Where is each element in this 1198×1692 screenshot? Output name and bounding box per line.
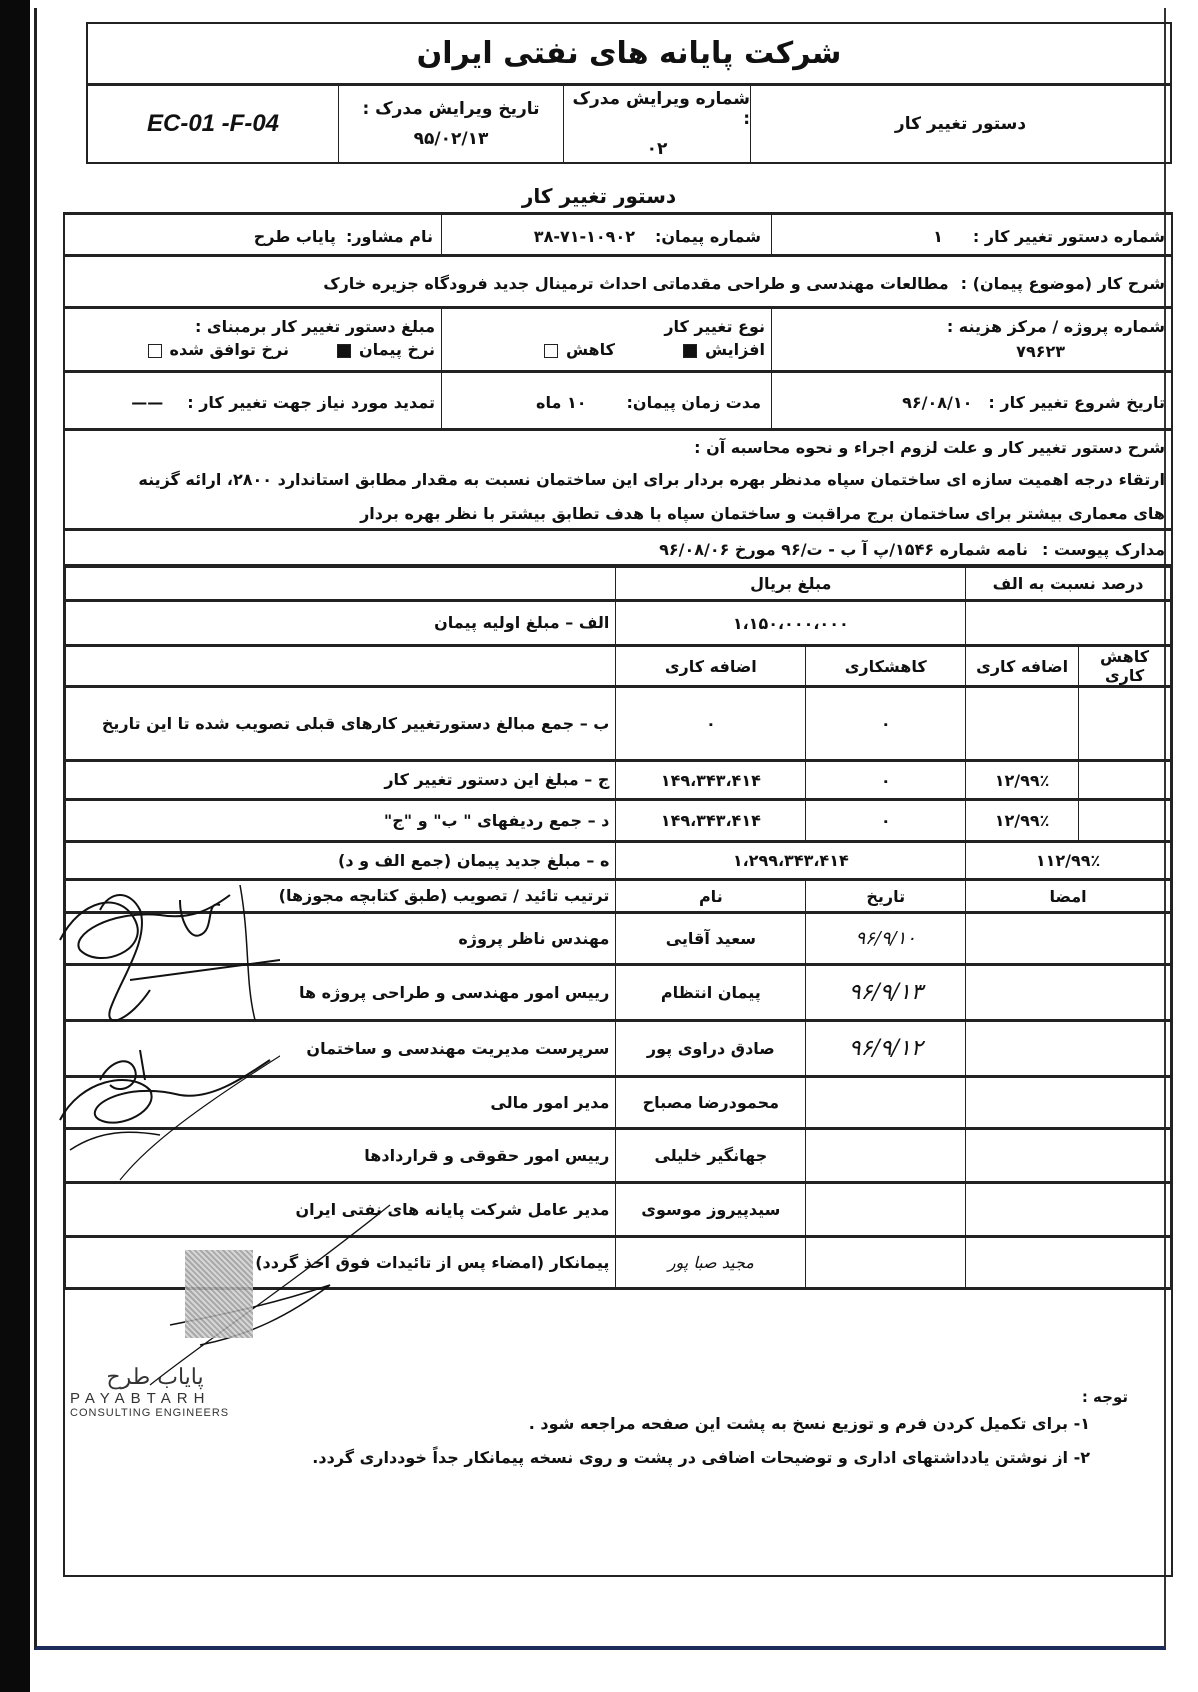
- blank-header: [66, 568, 616, 601]
- prev-orders-label: ب – جمع مبالغ دستورتغییر کارهای قبلی تصو…: [66, 687, 616, 761]
- header-meta-row: دستور تغییر کار شماره ویرایش مدرک : ۰۲ ت…: [88, 86, 1170, 162]
- notes-title: توجه :: [1082, 1388, 1128, 1406]
- revision-date: ۹۵/۰۲/۱۳: [414, 129, 489, 149]
- approval-row: جهانگیر خلیلی رییس امور حقوقی و قرارداده…: [66, 1129, 1171, 1183]
- contract-no-cell: شماره پیمان: ۳۸-۷۱-۱۰۹۰۲: [441, 215, 771, 257]
- note-item-2: ۲- از نوشتن یادداشتهای اداری و توضیحات ا…: [312, 1448, 1090, 1467]
- consultant-label: نام مشاور:: [346, 227, 433, 246]
- attachments-value: نامه شماره ۱۵۴۶/پ آ ب - ت/۹۶ مورخ ۹۶/۰۸/…: [659, 540, 1028, 559]
- scan-edge: [0, 0, 30, 1692]
- extension: ——: [131, 393, 163, 412]
- row-identifiers: شماره دستور تغییر کار : ۱ شماره پیمان: ۳…: [65, 215, 1171, 257]
- signature-cell[interactable]: [966, 965, 1171, 1021]
- initial-amount-label: الف – مبلغ اولیه پیمان: [66, 601, 616, 646]
- checkbox-empty-icon[interactable]: [544, 344, 558, 358]
- attachments-label: مدارک پیوست :: [1042, 540, 1165, 559]
- blank-subheader: [66, 646, 616, 687]
- basis-agreed-rate[interactable]: نرخ توافق شده: [140, 340, 289, 359]
- doc-name-cell: دستور تغییر کار: [750, 86, 1170, 162]
- change-type-options: افزایش کاهش: [442, 340, 765, 359]
- checkbox-checked-icon[interactable]: [683, 344, 697, 358]
- signature-cell[interactable]: [966, 1077, 1171, 1129]
- approval-role: رییس امور حقوقی و قراردادها: [66, 1129, 616, 1183]
- approval-date: [806, 1237, 966, 1289]
- row-new-contract-amount: ۱۱۲/۹۹٪ ۱،۲۹۹،۳۴۳،۴۱۴ ه – مبلغ جدید پیما…: [66, 842, 1171, 880]
- approval-role: رییس امور مهندسی و طراحی پروژه ها: [66, 965, 616, 1021]
- stamp-name-en: PAYABTARH: [70, 1390, 240, 1407]
- doc-name: دستور تغییر کار: [895, 114, 1026, 134]
- row-initial-amount: ۱،۱۵۰،۰۰۰،۰۰۰ الف – مبلغ اولیه پیمان: [66, 601, 1171, 646]
- pct-increase-header: اضافه کاری: [966, 646, 1079, 687]
- prev-pct-increase: [966, 687, 1079, 761]
- increase-header: اضافه کاری: [616, 646, 806, 687]
- approval-role: سرپرست مدیریت مهندسی و ساختمان: [66, 1021, 616, 1077]
- approval-name: سیدپیروز موسوی: [616, 1183, 806, 1237]
- new-percent: ۱۱۲/۹۹٪: [966, 842, 1171, 880]
- consultant-cell: نام مشاور: پایاب طرح: [65, 215, 441, 257]
- checkbox-checked-icon[interactable]: [337, 344, 351, 358]
- description-line-1: ارتقاء درجه اهمیت سازه ای ساختمان سپاه م…: [65, 463, 1171, 497]
- initial-percent: [966, 601, 1171, 646]
- revision-date-label: تاریخ ویرایش مدرک :: [362, 99, 539, 119]
- row-dates: تاریخ شروع تغییر کار : ۹۶/۰۸/۱۰ مدت زمان…: [65, 373, 1171, 431]
- change-type-increase[interactable]: افزایش: [675, 340, 765, 359]
- row-this-order: ۱۲/۹۹٪ ۰ ۱۴۹،۳۴۳،۴۱۴ ج – مبلغ این دستور …: [66, 761, 1171, 800]
- extension-label: تمدید مورد نیاز جهت تغییر کار :: [187, 393, 435, 412]
- consultant-stamp: پایاب طرح PAYABTARH CONSULTING ENGINEERS: [70, 1365, 240, 1419]
- doc-code: EC-01 -F-04: [147, 110, 279, 138]
- work-desc-cell: شرح کار (موضوع پیمان) : مطالعات مهندسی و…: [65, 257, 1165, 309]
- company-name: شرکت پایانه های نفتی ایران: [88, 24, 1170, 86]
- change-order-no: ۱: [933, 227, 943, 246]
- amount-header: مبلغ بریال: [616, 568, 966, 601]
- work-desc: مطالعات مهندسی و طراحی مقدماتی احداث ترم…: [323, 274, 948, 293]
- new-amount: ۱،۲۹۹،۳۴۳،۴۱۴: [616, 842, 966, 880]
- stamp-subtitle: CONSULTING ENGINEERS: [70, 1407, 240, 1419]
- approval-name: محمودرضا مصباح: [616, 1077, 806, 1129]
- sum-decrease: ۰: [806, 800, 966, 842]
- contract-no-label: شماره پیمان:: [655, 227, 761, 246]
- financial-header-row: درصد نسبت به الف مبلغ بریال: [66, 568, 1171, 601]
- change-type-decrease[interactable]: کاهش: [536, 340, 615, 359]
- financial-table: درصد نسبت به الف مبلغ بریال ۱،۱۵۰،۰۰۰،۰۰…: [65, 567, 1171, 1290]
- prev-decrease: ۰: [806, 687, 966, 761]
- approval-date: ۹۶/۹/۱۳: [806, 965, 966, 1021]
- approval-date: [806, 1183, 966, 1237]
- revision-date-cell: تاریخ ویرایش مدرک : ۹۵/۰۲/۱۳: [338, 86, 563, 162]
- row-description: شرح دستور تغییر کار و علت لزوم اجراء و ن…: [65, 431, 1171, 531]
- duration-label: مدت زمان پیمان:: [627, 393, 761, 412]
- row-sum-b-c: ۱۲/۹۹٪ ۰ ۱۴۹،۳۴۳،۴۱۴ د – جمع ردیفهای " ب…: [66, 800, 1171, 842]
- sum-increase: ۱۴۹،۳۴۳،۴۱۴: [616, 800, 806, 842]
- doc-code-cell: EC-01 -F-04: [88, 86, 338, 162]
- row-previous-orders: ۰ ۰ ب – جمع مبالغ دستورتغییر کارهای قبلی…: [66, 687, 1171, 761]
- approval-date: ۹۶/۹/۱۰: [806, 913, 966, 965]
- this-order-label: ج – مبلغ این دستور تغییر کار: [66, 761, 616, 800]
- approval-role: مهندس ناظر پروژه: [66, 913, 616, 965]
- decrease-header: کاهشکاری: [806, 646, 966, 687]
- signature-cell[interactable]: [966, 1237, 1171, 1289]
- change-order-no-label: شماره دستور تغییر کار :: [973, 227, 1165, 246]
- revision-number-label: شماره ویرایش مدرک :: [564, 89, 750, 129]
- row-work-description: شرح کار (موضوع پیمان) : مطالعات مهندسی و…: [65, 257, 1171, 309]
- contract-no: ۳۸-۷۱-۱۰۹۰۲: [534, 227, 635, 246]
- signature-cell[interactable]: [966, 1021, 1171, 1077]
- basis-contract-rate[interactable]: نرخ پیمان: [329, 340, 435, 359]
- role-header: ترتیب تائید / تصویب (طبق کتابچه مجوزها): [66, 880, 616, 913]
- attachments-cell: مدارک پیوست : نامه شماره ۱۵۴۶/پ آ ب - ت/…: [65, 531, 1165, 567]
- row-project-type: شماره پروژه / مرکز هزینه : ۷۹۶۲۳ نوع تغی…: [65, 309, 1171, 373]
- start-date-cell: تاریخ شروع تغییر کار : ۹۶/۰۸/۱۰: [771, 373, 1171, 431]
- signature-cell[interactable]: [966, 913, 1171, 965]
- change-order-no-cell: شماره دستور تغییر کار : ۱: [771, 215, 1171, 257]
- approval-name: پیمان انتظام: [616, 965, 806, 1021]
- approval-name: مجید صبا پور: [616, 1237, 806, 1289]
- approval-role: مدیر امور مالی: [66, 1077, 616, 1129]
- amount-basis-cell: مبلغ دستور تغییر کار برمبنای : نرخ پیمان…: [65, 309, 441, 373]
- prev-pct-decrease: [1079, 687, 1171, 761]
- consultant-name: پایاب طرح: [254, 227, 336, 246]
- amount-basis-label: مبلغ دستور تغییر کار برمبنای :: [65, 317, 435, 336]
- financial-subheader-row: کاهش کاری اضافه کاری کاهشکاری اضافه کاری: [66, 646, 1171, 687]
- description-line-2: های معماری بیشتر برای ساختمان برج مراقبت…: [65, 497, 1171, 531]
- approval-name: سعید آقایی: [616, 913, 806, 965]
- sum-pct-increase: ۱۲/۹۹٪: [966, 800, 1079, 842]
- checkbox-empty-icon[interactable]: [148, 344, 162, 358]
- revision-number: ۰۲: [647, 139, 668, 159]
- new-amount-label: ه – مبلغ جدید پیمان (جمع الف و د): [66, 842, 616, 880]
- this-pct-decrease: [1079, 761, 1171, 800]
- extension-cell: تمدید مورد نیاز جهت تغییر کار : ——: [65, 373, 441, 431]
- approval-date: [806, 1077, 966, 1129]
- start-date: ۹۶/۰۸/۱۰: [902, 393, 972, 412]
- note-item-1: ۱- برای تکمیل کردن فرم و توزیع نسخ به پش…: [529, 1414, 1090, 1433]
- approval-row: ۹۶/۹/۱۳ پیمان انتظام رییس امور مهندسی و …: [66, 965, 1171, 1021]
- document-header: شرکت پایانه های نفتی ایران دستور تغییر ک…: [86, 22, 1172, 164]
- company-seal: [185, 1250, 253, 1338]
- approval-row: سیدپیروز موسوی مدیر عامل شرکت پایانه های…: [66, 1183, 1171, 1237]
- approval-row: محمودرضا مصباح مدیر امور مالی: [66, 1077, 1171, 1129]
- approval-name: صادق دراوی پور: [616, 1021, 806, 1077]
- work-desc-label: شرح کار (موضوع پیمان) :: [961, 274, 1165, 293]
- signature-cell[interactable]: [966, 1183, 1171, 1237]
- project-no-label: شماره پروژه / مرکز هزینه :: [772, 317, 1165, 336]
- sign-header: امضا: [966, 880, 1171, 913]
- approval-row: ۹۶/۹/۱۰ سعید آقایی مهندس ناظر پروژه: [66, 913, 1171, 965]
- name-header: نام: [616, 880, 806, 913]
- this-decrease: ۰: [806, 761, 966, 800]
- prev-increase: ۰: [616, 687, 806, 761]
- signature-cell[interactable]: [966, 1129, 1171, 1183]
- approval-row: ۹۶/۹/۱۲ صادق دراوی پور سرپرست مدیریت مهن…: [66, 1021, 1171, 1077]
- approval-role: مدیر عامل شرکت پایانه های نفتی ایران: [66, 1183, 616, 1237]
- approval-date: ۹۶/۹/۱۲: [806, 1021, 966, 1077]
- description-label: شرح دستور تغییر کار و علت لزوم اجراء و ن…: [65, 431, 1171, 463]
- initial-amount: ۱،۱۵۰،۰۰۰،۰۰۰: [616, 601, 966, 646]
- project-no: ۷۹۶۲۳: [772, 342, 1165, 361]
- start-date-label: تاریخ شروع تغییر کار :: [988, 393, 1165, 412]
- project-no-cell: شماره پروژه / مرکز هزینه : ۷۹۶۲۳: [771, 309, 1171, 373]
- revision-number-cell: شماره ویرایش مدرک : ۰۲: [563, 86, 750, 162]
- this-pct-increase: ۱۲/۹۹٪: [966, 761, 1079, 800]
- sum-pct-decrease: [1079, 800, 1171, 842]
- percent-header: درصد نسبت به الف: [966, 568, 1171, 601]
- change-type-cell: نوع تغییر کار افزایش کاهش: [441, 309, 771, 373]
- stamp-name-fa: پایاب طرح: [70, 1365, 240, 1390]
- duration-cell: مدت زمان پیمان: ۱۰ ماه: [441, 373, 771, 431]
- date-header: تاریخ: [806, 880, 966, 913]
- approval-name: جهانگیر خلیلی: [616, 1129, 806, 1183]
- row-attachments: مدارک پیوست : نامه شماره ۱۵۴۶/پ آ ب - ت/…: [65, 531, 1171, 567]
- pct-decrease-header: کاهش کاری: [1079, 646, 1171, 687]
- form-title: دستور تغییر کار: [0, 184, 1198, 208]
- approval-date: [806, 1129, 966, 1183]
- duration: ۱۰ ماه: [536, 393, 586, 412]
- this-increase: ۱۴۹،۳۴۳،۴۱۴: [616, 761, 806, 800]
- approval-role: پیمانکار (امضاء پس از تائیدات فوق اخذ گر…: [66, 1237, 616, 1289]
- amount-basis-options: نرخ پیمان نرخ توافق شده: [65, 340, 435, 359]
- approvals-header-row: امضا تاریخ نام ترتیب تائید / تصویب (طبق …: [66, 880, 1171, 913]
- sum-b-c-label: د – جمع ردیفهای " ب" و "ج": [66, 800, 616, 842]
- change-type-label: نوع تغییر کار: [442, 317, 765, 336]
